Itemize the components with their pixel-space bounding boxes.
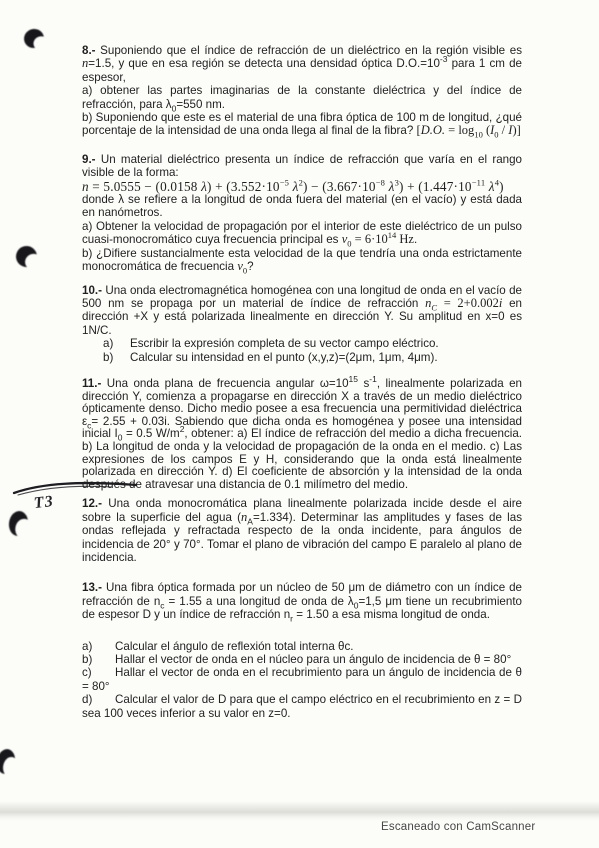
- problems-text-column: 8.- Suponiendo que el índice de refracci…: [82, 44, 522, 720]
- problem-12-section: 12.- Una onda monocromática plana lineal…: [82, 497, 522, 564]
- spiral-binding-mark-icon: [22, 27, 46, 51]
- refractive-index-formula: n = 5.0555 − (0.0158 λ) + (3.552·10−5 λ2…: [82, 180, 522, 193]
- item-text: Hallar el vector de onda en el núcleo pa…: [115, 653, 511, 666]
- spiral-binding-mark-icon: [14, 244, 38, 268]
- item-label: c): [82, 666, 115, 679]
- problem-11-body: 11.- Una onda plana de frecuencia angula…: [82, 378, 522, 491]
- problem-10-intro: 10.- Una onda electromagnética homogénea…: [82, 284, 522, 338]
- problem-13-section: 13.- Una fibra óptica formada por un núc…: [82, 581, 522, 720]
- problem-9-item-b: b) ¿Difiere sustancialmente esta velocid…: [82, 247, 522, 274]
- item-label: a): [103, 337, 130, 350]
- handwritten-note-t3: T3: [33, 493, 55, 513]
- item-text: Calcular el ángulo de reflexión total in…: [115, 640, 353, 653]
- spiral-binding-mark-icon: [0, 748, 17, 776]
- problem-9-item-a: a) Obtener la velocidad de propagación p…: [82, 220, 522, 247]
- problem-12-body: 12.- Una onda monocromática plana lineal…: [82, 497, 522, 564]
- problem-9-section: 9.- Un material dieléctrico presenta un …: [82, 153, 522, 274]
- item-text: Calcular el valor de D para que el campo…: [82, 693, 522, 719]
- problem-13-item-b: b)Hallar el vector de onda en el núcleo …: [82, 653, 522, 666]
- item-text: Escribir la expresión completa de su vec…: [130, 337, 439, 350]
- problem-8-intro: 8.- Suponiendo que el índice de refracci…: [82, 44, 522, 84]
- scanned-document-page: T3 8.- Suponiendo que el índice de refra…: [0, 0, 599, 848]
- problem-13-item-a: a)Calcular el ángulo de reflexión total …: [82, 640, 522, 653]
- item-text: Calcular su intensidad en el punto (x,y,…: [130, 351, 438, 364]
- problem-10-item-b: b)Calcular su intensidad en el punto (x,…: [82, 351, 522, 364]
- problem-8-section: 8.- Suponiendo que el índice de refracci…: [82, 44, 522, 138]
- item-label: b): [103, 351, 130, 364]
- problem-10-section: 10.- Una onda electromagnética homogénea…: [82, 284, 522, 364]
- scan-shadow-band: [0, 801, 599, 821]
- problem-8-item-b: b) Suponiendo que este es el material de…: [82, 111, 522, 138]
- problem-13-items: a)Calcular el ángulo de reflexión total …: [82, 640, 522, 720]
- spiral-binding-mark-icon: [7, 510, 29, 537]
- problem-10-item-a: a)Escribir la expresión completa de su v…: [82, 337, 522, 350]
- item-label: d): [82, 693, 115, 706]
- problem-9-where: donde λ se refiere a la longitud de onda…: [82, 193, 522, 220]
- camscanner-watermark: Escaneado con CamScanner: [381, 821, 535, 833]
- item-label: b): [82, 653, 115, 666]
- problem-9-intro: 9.- Un material dieléctrico presenta un …: [82, 153, 522, 180]
- problem-8-item-a: a) obtener las partes imaginarias de la …: [82, 84, 522, 111]
- item-text: Hallar el vector de onda en el recubrimi…: [82, 666, 522, 692]
- item-label: a): [82, 640, 115, 653]
- problem-13-item-d: d)Calcular el valor de D para que el cam…: [82, 693, 522, 720]
- problem-13-intro: 13.- Una fibra óptica formada por un núc…: [82, 581, 522, 621]
- problem-11-section: 11.- Una onda plana de frecuencia angula…: [82, 378, 522, 491]
- problem-13-item-c: c)Hallar el vector de onda en el recubri…: [82, 666, 522, 693]
